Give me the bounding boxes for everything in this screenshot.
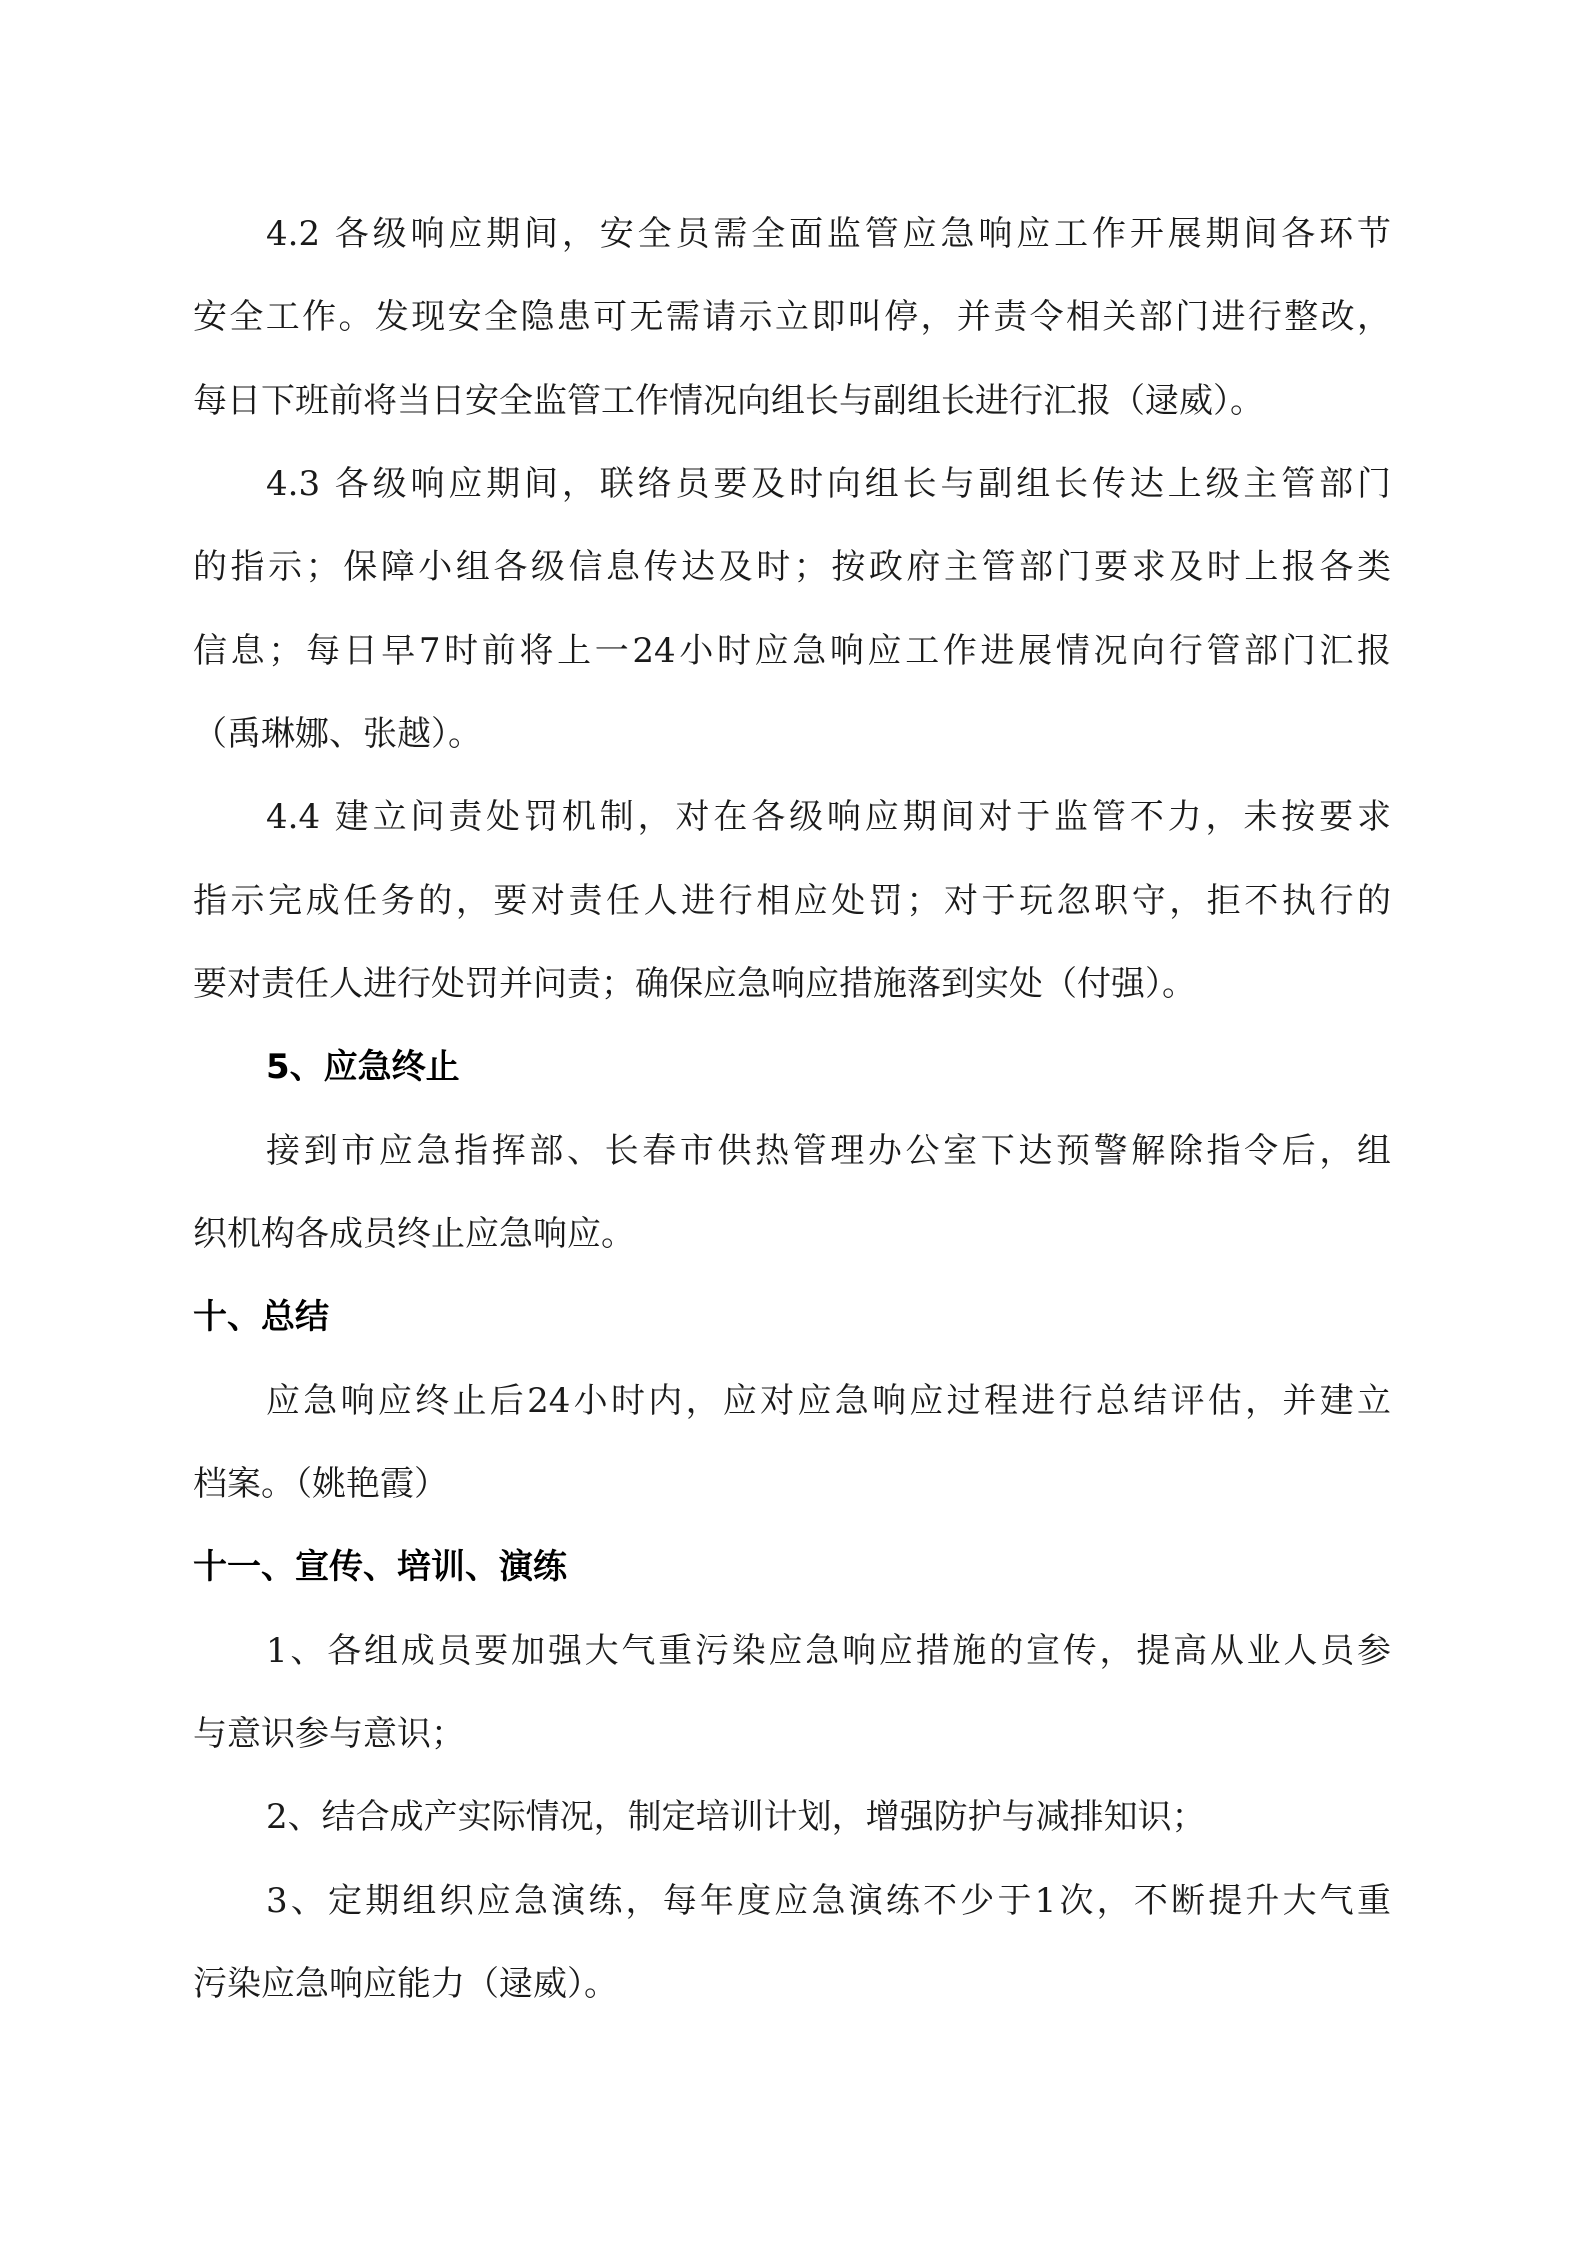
paragraph-line: 接到市应急指挥部、长春市供热管理办公室下达预警解除指令后，组 [193, 1110, 1391, 1193]
paragraph-line: 安全工作。发现安全隐患可无需请示立即叫停，并责令相关部门进行整改， [193, 276, 1391, 359]
paragraph-summary: 应急响应终止后24小时内，应对应急响应过程进行总结评估，并建立 档案。（姚艳霞） [193, 1360, 1391, 1527]
paragraph-4-3: 4.3 各级响应期间，联络员要及时向组长与副组长传达上级主管部门 的指示；保障小… [193, 443, 1391, 776]
paragraph-line: （禹琳娜、张越）。 [193, 693, 1391, 776]
paragraph-item-1: 1、各组成员要加强大气重污染应急响应措施的宣传，提高从业人员参 与意识参与意识； [193, 1610, 1391, 1777]
paragraph-line: 要对责任人进行处罚并问责；确保应急响应措施落到实处（付强）。 [193, 943, 1391, 1026]
subheading-emergency-termination: 5、应急终止 [193, 1026, 1391, 1109]
paragraph-item-3: 3、定期组织应急演练，每年度应急演练不少于1次，不断提升大气重 污染应急响应能力… [193, 1860, 1391, 2027]
document-body: 4.2 各级响应期间，安全员需全面监管应急响应工作开展期间各环节 安全工作。发现… [193, 193, 1391, 2026]
paragraph-line: 指示完成任务的，要对责任人进行相应处罚；对于玩忽职守，拒不执行的 [193, 860, 1391, 943]
paragraph-item-2: 2、结合成产实际情况，制定培训计划，增强防护与减排知识； [193, 1776, 1391, 1859]
paragraph-line: 4.3 各级响应期间，联络员要及时向组长与副组长传达上级主管部门 [193, 443, 1391, 526]
paragraph-line: 每日下班前将当日安全监管工作情况向组长与副组长进行汇报（逯威）。 [193, 360, 1391, 443]
paragraph-line: 污染应急响应能力（逯威）。 [193, 1943, 1391, 2026]
paragraph-line: 应急响应终止后24小时内，应对应急响应过程进行总结评估，并建立 [193, 1360, 1391, 1443]
section-heading-publicity-training-drills: 十一、宣传、培训、演练 [193, 1526, 1391, 1609]
paragraph-line: 4.4 建立问责处罚机制，对在各级响应期间对于监管不力，未按要求 [193, 776, 1391, 859]
paragraph-line: 1、各组成员要加强大气重污染应急响应措施的宣传，提高从业人员参 [193, 1610, 1391, 1693]
section-heading-summary: 十、总结 [193, 1276, 1391, 1359]
document-page: 4.2 各级响应期间，安全员需全面监管应急响应工作开展期间各环节 安全工作。发现… [0, 0, 1587, 2245]
paragraph-line: 信息；每日早7时前将上一24小时应急响应工作进展情况向行管部门汇报 [193, 610, 1391, 693]
paragraph-line: 3、定期组织应急演练，每年度应急演练不少于1次，不断提升大气重 [193, 1860, 1391, 1943]
paragraph-4-2: 4.2 各级响应期间，安全员需全面监管应急响应工作开展期间各环节 安全工作。发现… [193, 193, 1391, 443]
paragraph-4-4: 4.4 建立问责处罚机制，对在各级响应期间对于监管不力，未按要求 指示完成任务的… [193, 776, 1391, 1026]
paragraph-line: 织机构各成员终止应急响应。 [193, 1193, 1391, 1276]
paragraph-line: 2、结合成产实际情况，制定培训计划，增强防护与减排知识； [193, 1776, 1391, 1859]
paragraph-emergency-termination: 接到市应急指挥部、长春市供热管理办公室下达预警解除指令后，组 织机构各成员终止应… [193, 1110, 1391, 1277]
paragraph-line: 的指示；保障小组各级信息传达及时；按政府主管部门要求及时上报各类 [193, 526, 1391, 609]
paragraph-line: 与意识参与意识； [193, 1693, 1391, 1776]
paragraph-line: 4.2 各级响应期间，安全员需全面监管应急响应工作开展期间各环节 [193, 193, 1391, 276]
paragraph-line: 档案。（姚艳霞） [193, 1443, 1391, 1526]
